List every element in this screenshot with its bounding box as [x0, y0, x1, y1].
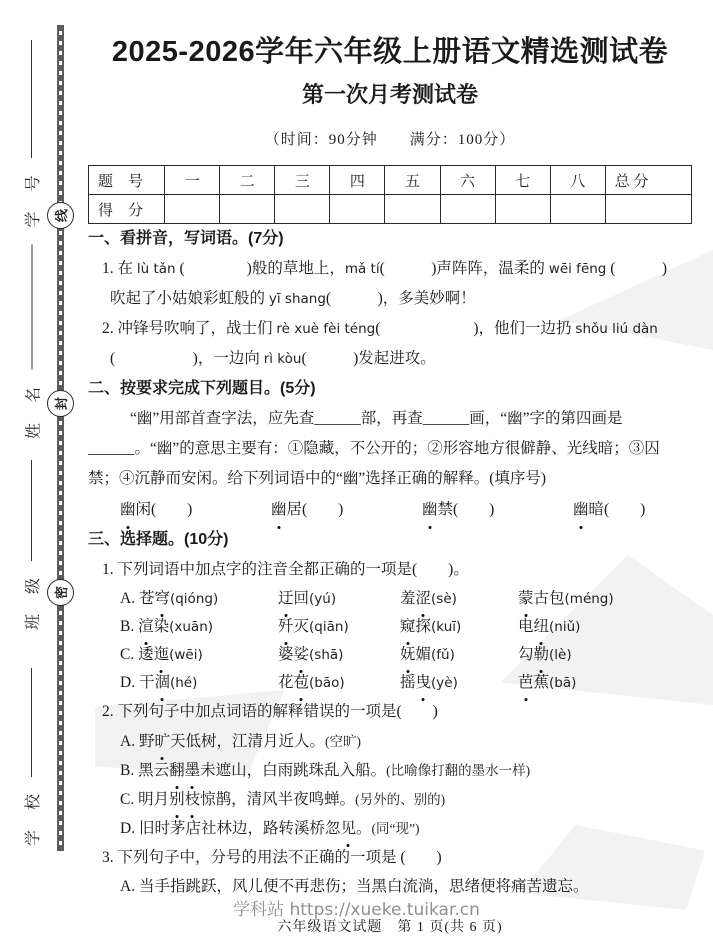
option-b-item: 窥探(kuī): [400, 613, 518, 641]
seal-char-xian: 线: [47, 202, 74, 229]
score-header-cell: 三: [275, 166, 330, 195]
text-line: “幽”用部首查字法，应先查______部，再查______画，“幽”字的第四画是: [88, 404, 692, 434]
score-table-header-row: 题 号 一 二 三 四 五 六 七 八 总 分: [89, 166, 692, 195]
field-student-number: 学 号: [19, 39, 43, 229]
name-label: 姓 名: [20, 379, 43, 439]
section-1-title: 一、看拼音，写词语。(7分): [88, 224, 692, 254]
text-line: ______。“幽”的意思主要有：①隐藏，不公开的；②形容地方很僻静、光线暗；③…: [88, 434, 692, 464]
score-header-cell: 六: [440, 166, 495, 195]
text-line: 禁；④沉静而安闲。给下列词语中的“幽”选择正确的解释。(填序号): [88, 464, 692, 494]
page-footer: 六年级语文试题 第 1 页(共 6 页): [88, 916, 692, 936]
word-choice-row: 幽闲( ) 幽居( ) 幽禁( ) 幽暗( ): [88, 494, 692, 525]
question-1-options: A. 苍穹(qióng) 迂回(yú) 羞涩(sè) 蒙古包(méng) B. …: [88, 585, 692, 697]
score-cell: [220, 195, 275, 224]
exam-info: （时间：90分钟 满分：100分）: [88, 130, 692, 150]
score-header-cell: 八: [550, 166, 605, 195]
word-item: 幽暗( ): [573, 494, 692, 525]
option-c-item: 妩媚(fǔ): [400, 641, 518, 669]
question-2-option-d: D. 旧时茅店社林边，路转溪桥忽见。(同“现”): [88, 814, 692, 843]
score-table-score-row: 得 分: [89, 195, 692, 224]
option-a-item: 蒙古包(méng): [518, 585, 692, 613]
seal-char-feng: 封: [47, 390, 74, 417]
question-3-stem: 3. 下列句子中，分号的用法不正确的一项是 ( ): [88, 843, 692, 872]
text-line: 1. 在 lù tǎn ( )般的草地上，mǎ tí( )声阵阵，温柔的 wēi…: [88, 254, 692, 284]
score-header-cell: 总 分: [605, 166, 691, 195]
option-a-item: 羞涩(sè): [400, 585, 518, 613]
class-label: 班 级: [20, 570, 43, 630]
option-a-item: 迂回(yú): [278, 585, 400, 613]
score-label-cell: 得 分: [89, 195, 165, 224]
question-2-option-c: C. 明月别枝惊鹊，清风半夜鸣蝉。(另外的、别的): [88, 785, 692, 814]
field-school: 学 校: [19, 668, 43, 846]
option-d-item: 芭蕉(bā): [518, 669, 692, 697]
score-cell: [165, 195, 220, 224]
score-cell: [605, 195, 691, 224]
score-cell: [495, 195, 550, 224]
exam-content: 2025-2026学年六年级上册语文精选测试卷 第一次月考测试卷 （时间：90分…: [88, 0, 692, 901]
option-b-item: 歼灭(qiān): [278, 613, 400, 641]
text-line: 2. 冲锋号吹响了，战士们 rè xuè fèi téng( )，他们一边扔 s…: [88, 314, 692, 344]
question-1-stem: 1. 下列词语中加点字的注音全都正确的一项是( )。: [88, 555, 692, 585]
seal-line: [57, 25, 64, 851]
score-header-cell: 七: [495, 166, 550, 195]
word-item: 幽闲( ): [120, 494, 271, 525]
option-c-item: 勾勒(lè): [518, 641, 692, 669]
field-class: 班 级: [19, 460, 43, 630]
page-title: 2025-2026学年六年级上册语文精选测试卷: [88, 32, 692, 72]
score-cell: [550, 195, 605, 224]
student-number-label: 学 号: [20, 168, 43, 228]
score-header-cell: 一: [165, 166, 220, 195]
school-label: 学 校: [20, 786, 43, 846]
score-table: 题 号 一 二 三 四 五 六 七 八 总 分 得 分: [88, 165, 692, 224]
option-c-item: C. 逶迤(wēi): [120, 641, 278, 669]
score-cell: [275, 195, 330, 224]
exam-page: 学 号 姓 名 班 级 学 校 线 封 密 2025-2026学年六年级上册语文…: [0, 0, 713, 945]
score-header-cell: 二: [220, 166, 275, 195]
text-line: 吹起了小姑娘彩虹般的 yī shang( )，多美妙啊！: [88, 284, 692, 314]
option-d-item: 摇曳(yè): [400, 669, 518, 697]
option-a-item: A. 苍穹(qióng): [120, 585, 278, 613]
option-c-item: 婆娑(shā): [278, 641, 400, 669]
option-b-item: B. 渲染(xuān): [120, 613, 278, 641]
section-2-title: 二、按要求完成下列题目。(5分): [88, 374, 692, 404]
option-d-item: 花苞(bāo): [278, 669, 400, 697]
class-blank: [31, 460, 32, 561]
seal-char-mi: 密: [47, 579, 74, 606]
student-number-blank: [31, 41, 32, 159]
name-blank: [31, 245, 32, 370]
option-b-item: 电纽(niǔ): [518, 613, 692, 641]
score-cell: [440, 195, 495, 224]
page-subtitle: 第一次月考测试卷: [88, 80, 692, 110]
text-line: ( )，一边向 rì kòu( )发起进攻。: [88, 344, 692, 374]
option-d-item: D. 干涸(hé): [120, 669, 278, 697]
word-item: 幽禁( ): [422, 494, 573, 525]
score-cell: [385, 195, 440, 224]
question-2-option-b: B. 黑云翻墨未遮山，白雨跳珠乱入船。(比喻像打翻的墨水一样): [88, 756, 692, 785]
field-name: 姓 名: [20, 245, 44, 440]
word-item: 幽居( ): [271, 494, 422, 525]
score-header-cell: 五: [385, 166, 440, 195]
section-3-title: 三、选择题。(10分): [88, 525, 692, 555]
score-header-cell: 四: [330, 166, 385, 195]
question-2-option-a: A. 野旷天低树，江清月近人。(空旷): [88, 727, 692, 756]
score-header-cell: 题 号: [89, 166, 165, 195]
score-cell: [330, 195, 385, 224]
school-blank: [31, 668, 32, 777]
question-2-stem: 2. 下列句子中加点词语的解释错误的一项是( ): [88, 697, 692, 727]
